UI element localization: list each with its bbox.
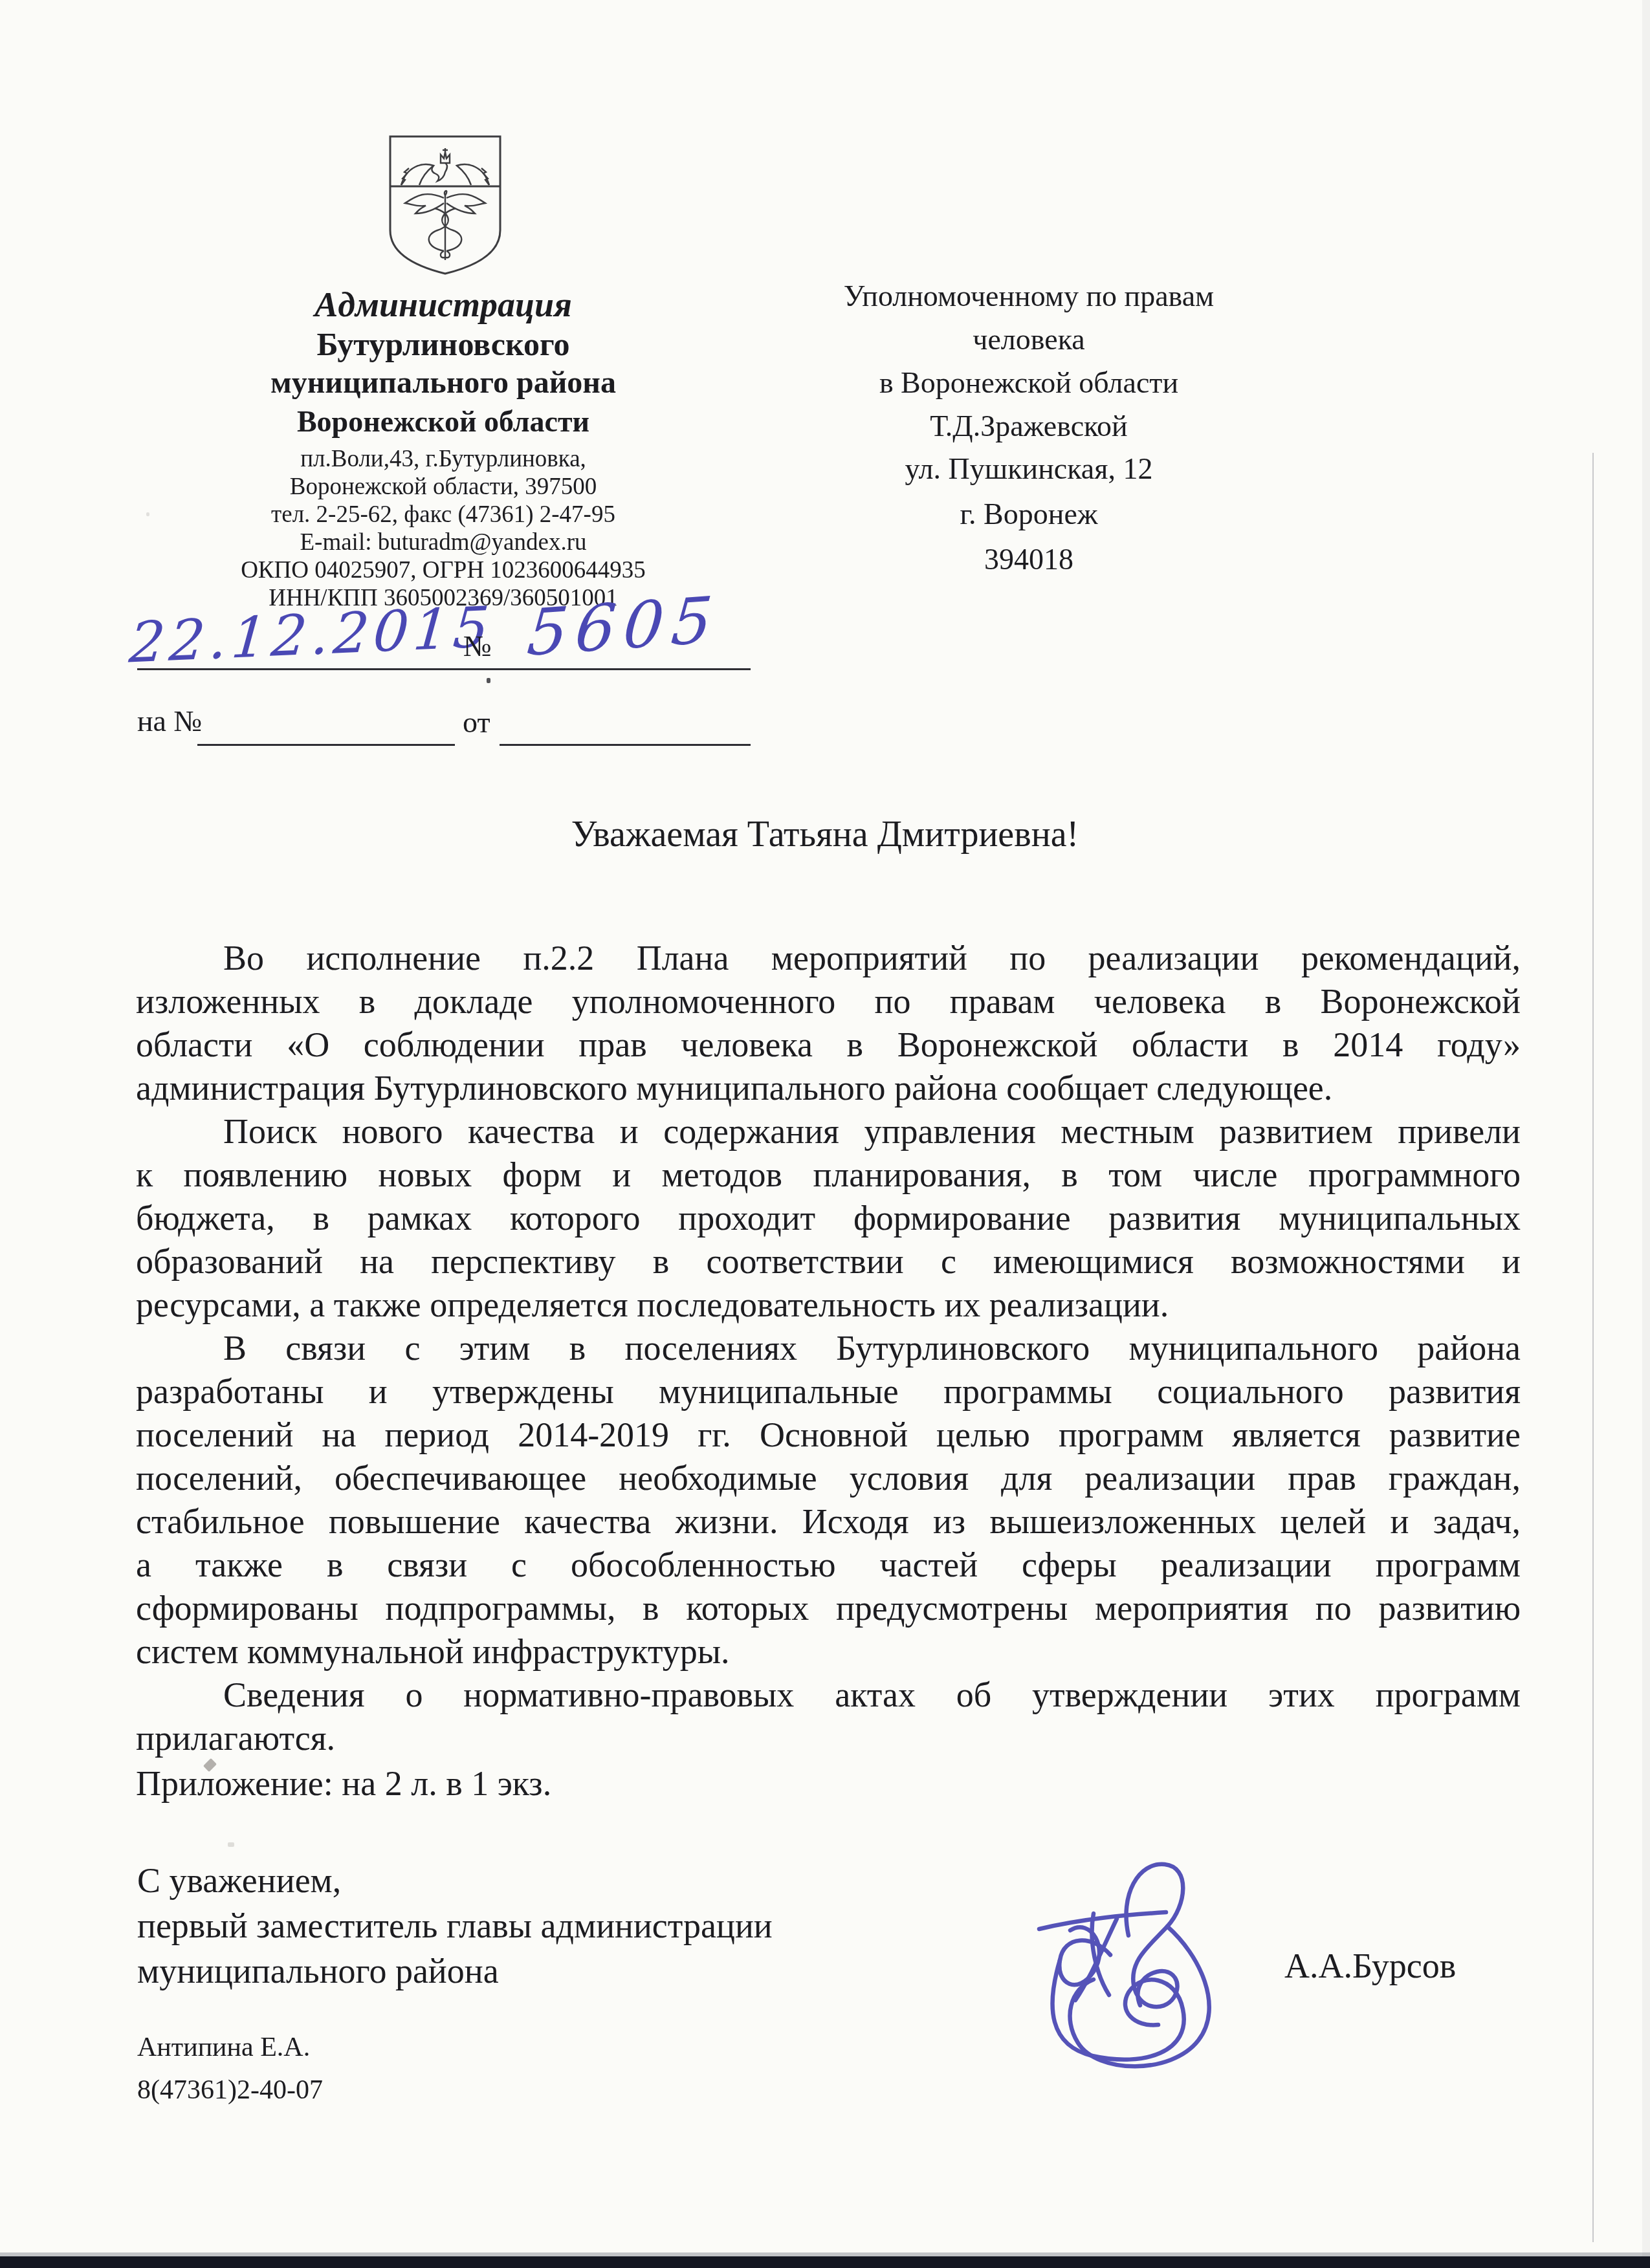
executor-name: Антипина Е.А. — [137, 2026, 323, 2069]
scan-paper-edge-line — [1592, 453, 1594, 2242]
executor-block: Антипина Е.А. 8(47361)2-40-07 — [137, 2026, 323, 2111]
scanned-letter-page: { "letterhead": { "emblem": "coat-of-arm… — [0, 0, 1650, 2268]
body-line: изложенных в докладе уполномоченного по … — [136, 980, 1521, 1023]
contact-address-line: пл.Воли,43, г.Бутурлиновка, — [223, 445, 663, 473]
recipient-name-line: Т.Д.Зражевской — [841, 404, 1216, 448]
body-line: образований на перспективу в соответстви… — [136, 1240, 1521, 1283]
body-line: к появлению новых форм и методов планиро… — [136, 1153, 1521, 1197]
body-line: ресурсами, а также определяется последов… — [136, 1283, 1521, 1327]
org-name-line: Воронежской области — [223, 402, 663, 441]
caduceus-icon — [405, 191, 485, 260]
closing-regards-line: С уважением, — [137, 1858, 1043, 1903]
coat-of-arms-emblem — [387, 133, 503, 277]
scan-speck — [228, 1842, 234, 1847]
closing-position-line: первый заместитель главы администрации — [137, 1903, 1043, 1948]
date-number-underline — [137, 668, 751, 670]
eagle-with-crown-icon — [401, 148, 489, 185]
body-line: стабильное повышение качества жизни. Исх… — [136, 1500, 1521, 1543]
outgoing-date-handwritten: 22.12.2015 — [127, 595, 496, 676]
recipient-block: Уполномоченному по правам человека в Вор… — [841, 274, 1216, 448]
body-line: поселений, обеспечивающее необходимые ус… — [136, 1457, 1521, 1500]
recipient-title-line: в Воронежской области — [841, 361, 1216, 404]
body-line: Во исполнение п.2.2 Плана мероприятий по… — [136, 937, 1521, 980]
body-line: систем коммунальной инфраструктуры. — [136, 1630, 1521, 1674]
letterhead-contact-block: пл.Воли,43, г.Бутурлиновка, Воронежской … — [223, 445, 663, 612]
body-line: прилагаются. — [136, 1717, 1521, 1760]
attachment-line: Приложение: на 2 л. в 1 экз. — [136, 1762, 1521, 1805]
scan-speck — [146, 512, 149, 516]
contact-phone-line: тел. 2-25-62, факс (47361) 2-47-95 — [223, 501, 663, 529]
body-line: Поиск нового качества и содержания управ… — [136, 1110, 1521, 1153]
body-line: бюджета, в рамках которого проходит форм… — [136, 1197, 1521, 1240]
scan-right-edge-shade — [1642, 0, 1650, 2268]
number-sign-label: № — [463, 629, 492, 663]
letterhead-org-block: Администрация Бутурлиновского муниципаль… — [223, 285, 663, 441]
contact-email-line: E-mail: buturadm@yandex.ru — [223, 529, 663, 556]
closing-block: С уважением, первый заместитель главы ад… — [137, 1858, 1043, 1994]
on-number-label: на № — [137, 704, 202, 738]
recipient-address-block: ул. Пушкинская, 12 г. Воронеж 394018 — [841, 446, 1216, 582]
org-name-line: муниципального района — [223, 364, 663, 402]
recipient-title-line: Уполномоченному по правам человека — [841, 274, 1216, 361]
from-label: от — [463, 705, 490, 739]
org-name-line: Бутурлиновского — [223, 325, 663, 364]
org-name-line: Администрация — [223, 285, 663, 325]
recipient-street-line: ул. Пушкинская, 12 — [841, 446, 1216, 492]
body-line: поселений на период 2014-2019 гг. Основн… — [136, 1413, 1521, 1457]
signer-name: А.А.Бурсов — [1284, 1946, 1456, 1986]
scan-bottom-band — [0, 2256, 1650, 2268]
signature-handwritten — [1030, 1851, 1237, 2071]
signature-scribble-icon — [1030, 1851, 1237, 2071]
contact-okpo-line: ОКПО 04025907, ОГРН 1023600644935 — [223, 556, 663, 584]
executor-phone: 8(47361)2-40-07 — [137, 2069, 323, 2111]
scan-speck — [487, 678, 490, 683]
recipient-zip-line: 394018 — [841, 537, 1216, 582]
body-line: области «О соблюдении прав человека в Во… — [136, 1023, 1521, 1067]
body-line: а также в связи с обособленностью частей… — [136, 1543, 1521, 1587]
closing-position-line: муниципального района — [137, 1948, 1043, 1994]
recipient-city-line: г. Воронеж — [841, 492, 1216, 537]
body-line: Сведения о нормативно-правовых актах об … — [136, 1674, 1521, 1717]
on-number-underline — [197, 744, 455, 746]
from-underline — [500, 744, 751, 746]
outgoing-number-handwritten: 5605 — [524, 583, 723, 671]
contact-address-line: Воронежской области, 397500 — [223, 473, 663, 501]
body-line: разработаны и утверждены муниципальные п… — [136, 1370, 1521, 1413]
body-line: В связи с этим в поселениях Бутурлиновск… — [136, 1327, 1521, 1370]
salutation-line: Уважаемая Татьяна Дмитриевна! — [0, 814, 1650, 855]
body-line: администрация Бутурлиновского муниципаль… — [136, 1067, 1521, 1110]
body-line: сформированы подпрограммы, в которых пре… — [136, 1587, 1521, 1630]
